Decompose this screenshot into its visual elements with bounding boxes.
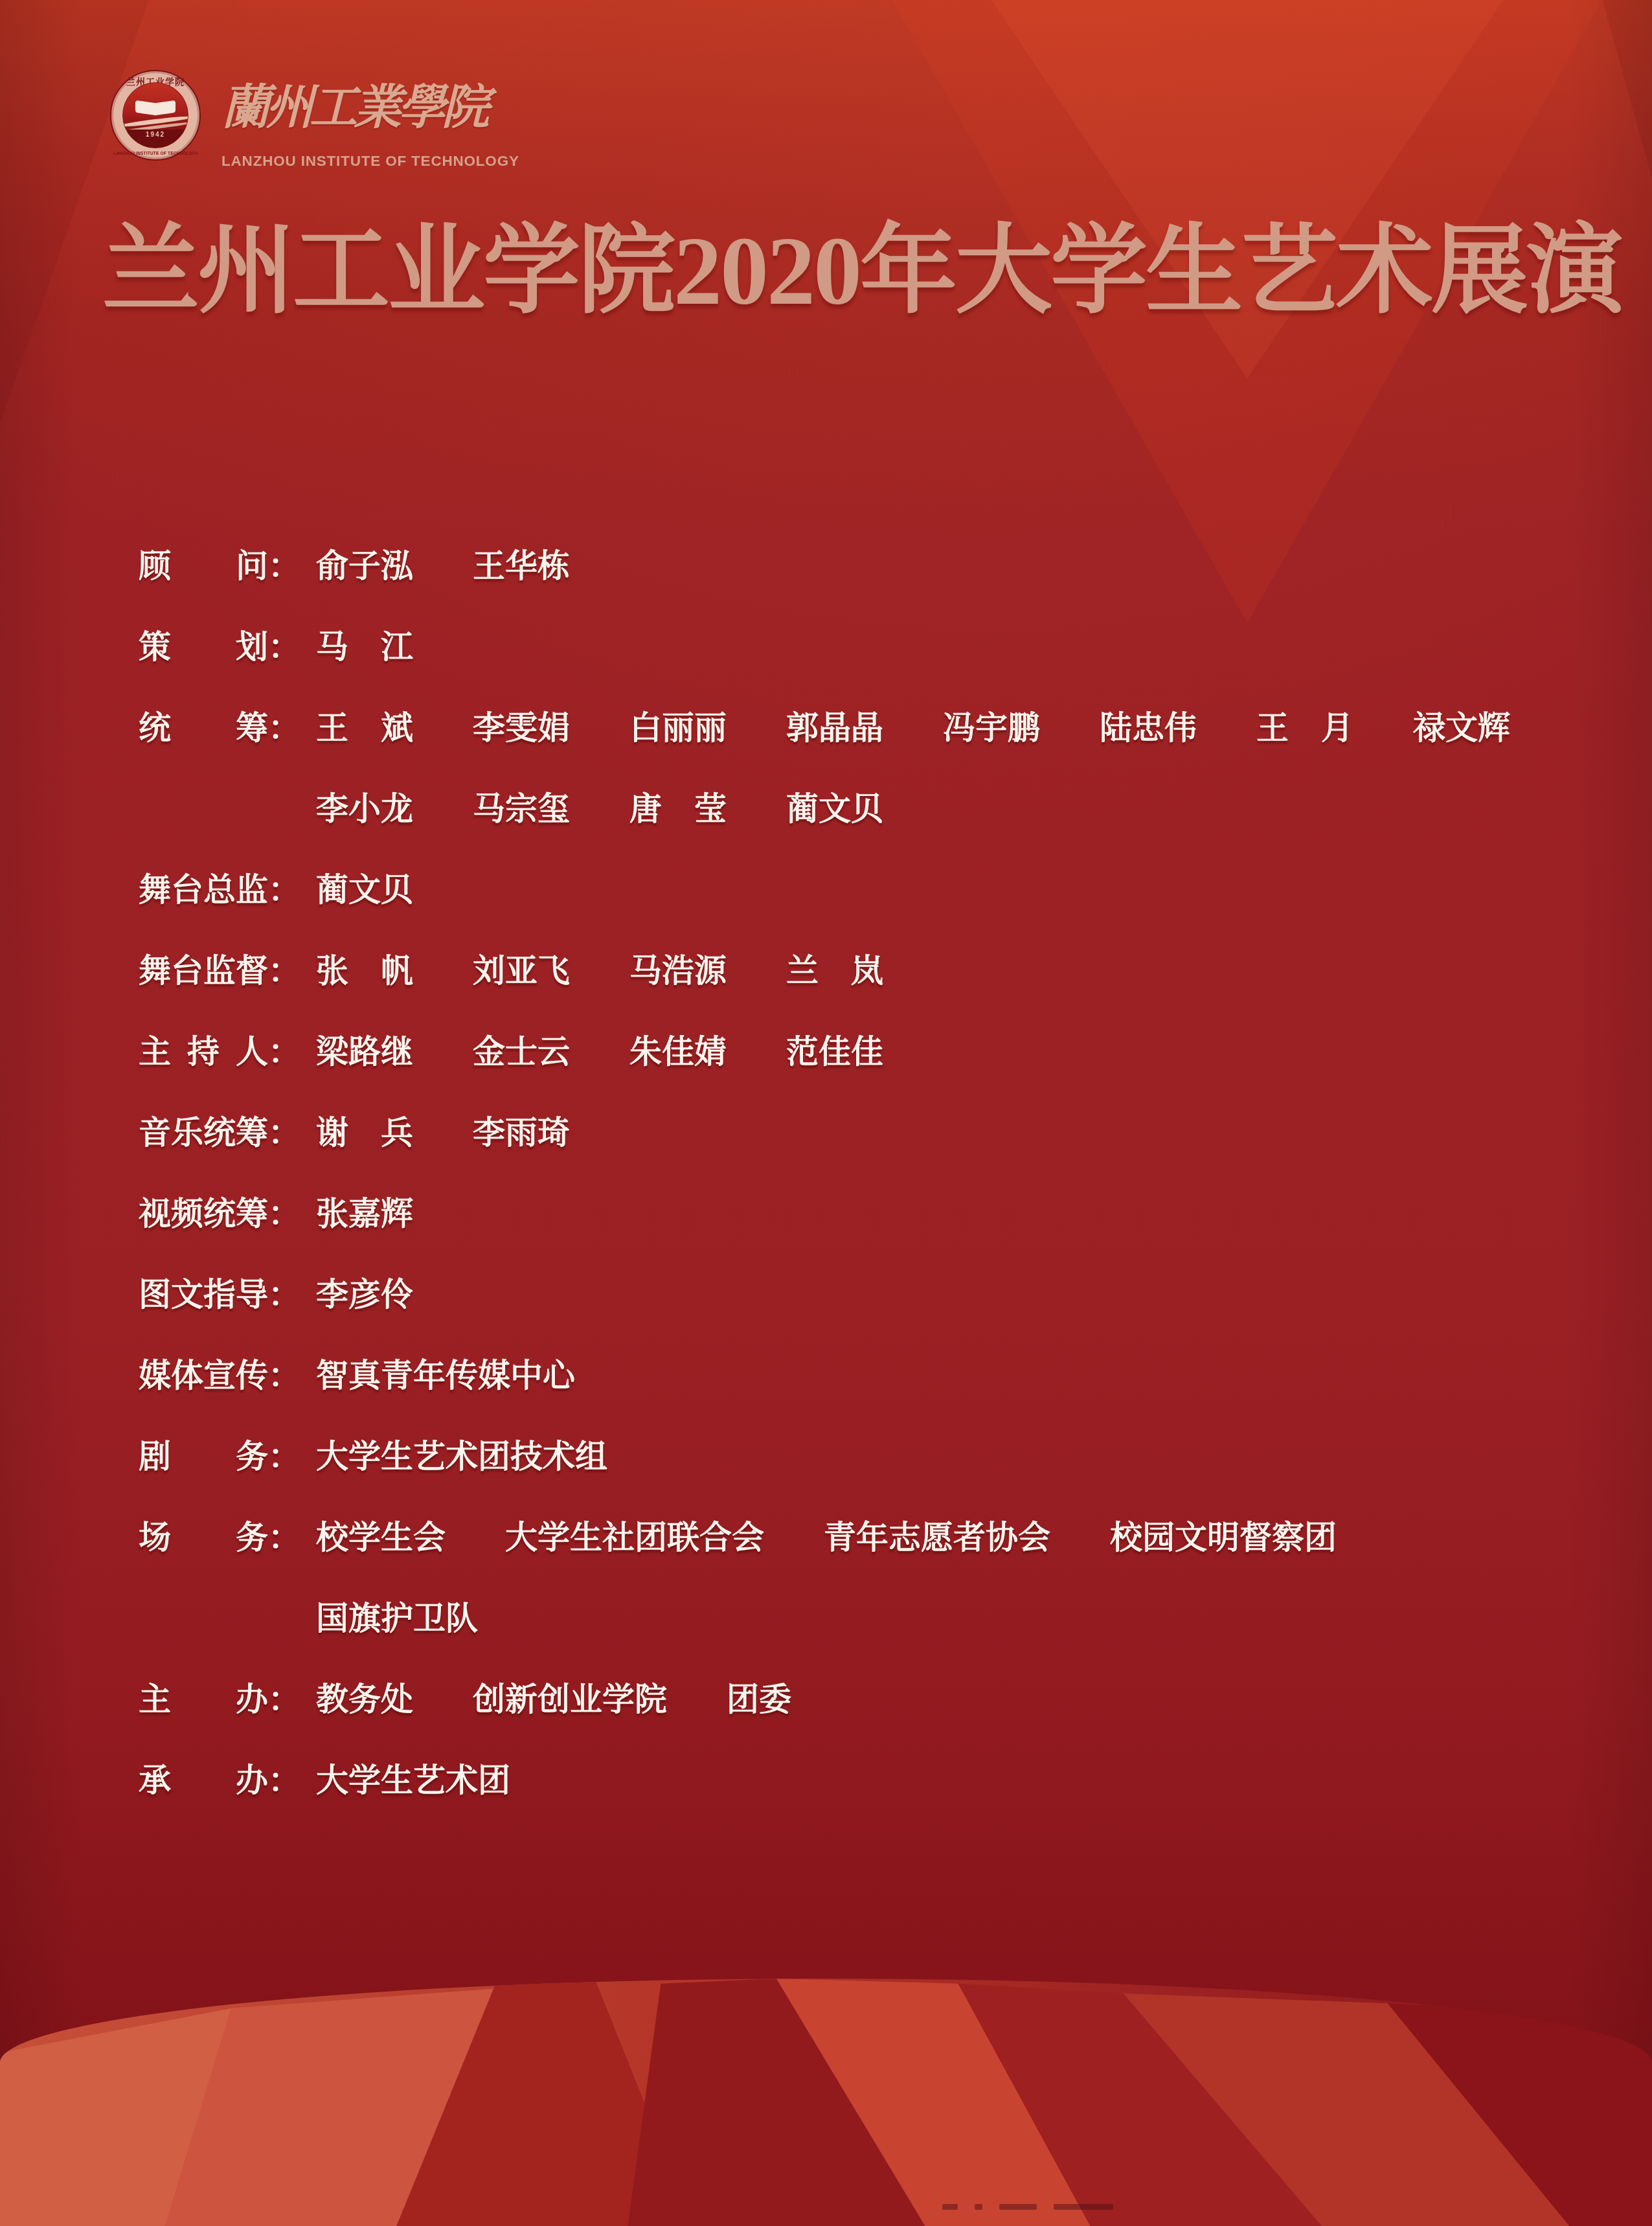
person-name: 梁路继 (316, 1033, 413, 1071)
emblem-bottom-band: 1942 (123, 130, 188, 148)
credit-row-coordination-line2: 李小龙马宗玺唐 莹蔺文贝 (139, 790, 1510, 871)
colon: ： (268, 709, 300, 747)
university-name-block: 蘭州工業學院 LANZHOU INSTITUTE OF TECHNOLOGY (221, 73, 519, 170)
credit-row-coordination: 统筹：王 斌李雯娟白丽丽郭晶晶冯宇鹏陆忠伟王 月禄文辉 (139, 709, 1510, 790)
person-name: 马浩源 (629, 952, 727, 990)
credit-label: 场务 (139, 1519, 268, 1556)
credit-label: 图文指导 (139, 1276, 268, 1313)
credit-row-media: 媒体宣传：智真青年传媒中心 (139, 1357, 1510, 1438)
org-name: 国旗护卫队 (316, 1600, 478, 1637)
person-name: 禄文辉 (1413, 709, 1510, 747)
colon: ： (268, 1519, 300, 1556)
person-name: 金士云 (473, 1033, 570, 1071)
colon: ： (268, 871, 300, 909)
person-name: 王华栋 (473, 547, 570, 585)
person-name: 王 月 (1256, 709, 1353, 747)
person-name: 李小龙 (316, 790, 413, 828)
credit-row-organizer: 主办：教务处创新创业学院团委 (139, 1681, 1510, 1762)
person-name: 范佳佳 (786, 1033, 883, 1071)
credit-label: 统筹 (139, 709, 268, 747)
emblem-ring-bottom-text: LANZHOU INSTITUTE OF TECHNOLOGY (113, 152, 198, 156)
credit-row-undertaker: 承办：大学生艺术团 (139, 1762, 1510, 1843)
credit-label: 策划 (139, 628, 268, 666)
credit-row-video: 视频统筹：张嘉辉 (139, 1195, 1510, 1276)
org-name: 校园文明督察团 (1110, 1519, 1337, 1556)
colon: ： (268, 1114, 300, 1152)
colon: ： (268, 1195, 300, 1232)
credit-row-hosts: 主持人：梁路继金士云朱佳婧范佳佳 (139, 1033, 1510, 1114)
person-name: 兰 岚 (786, 952, 883, 990)
person-name: 刘亚飞 (473, 952, 570, 990)
poster-page: { "title": "兰州工业学院2020年大学生艺术展演", "logo":… (0, 0, 1652, 2226)
colon: ： (268, 547, 300, 585)
credit-row-planning: 策划：马 江 (139, 628, 1510, 709)
poster-title: 兰州工业学院2020年大学生艺术展演 (102, 223, 1622, 320)
person-name: 蔺文贝 (786, 790, 883, 828)
colon: ： (268, 1681, 300, 1718)
person-name: 俞子泓 (316, 547, 413, 585)
person-name: 郭晶晶 (786, 709, 883, 747)
credit-label: 承办 (139, 1762, 268, 1799)
credit-row-crew: 剧务：大学生艺术团技术组 (139, 1438, 1510, 1519)
person-name: 朱佳婧 (629, 1033, 727, 1071)
credit-row-graphics: 图文指导：李彦伶 (139, 1276, 1510, 1357)
colon: ： (268, 1438, 300, 1475)
person-name: 李雨琦 (473, 1114, 570, 1152)
colon: ： (268, 1762, 300, 1799)
person-name: 马宗玺 (473, 790, 570, 828)
colon: ： (268, 628, 300, 666)
person-name: 白丽丽 (629, 709, 727, 747)
credit-label: 顾问 (139, 547, 268, 585)
university-name-calligraphy: 蘭州工業學院 (221, 73, 519, 144)
credit-label: 视频统筹 (139, 1195, 268, 1232)
credit-label: 主持人 (139, 1033, 268, 1071)
credit-row-logistics-line2: 国旗护卫队 (139, 1600, 1510, 1681)
person-name: 唐 莹 (629, 790, 727, 828)
person-name: 李雯娟 (473, 709, 570, 747)
credit-row-music: 音乐统筹：谢 兵李雨琦 (139, 1114, 1510, 1195)
faint-watermark-marks (942, 2204, 1113, 2210)
emblem-core: 1942 (122, 82, 188, 148)
colon: ： (268, 1357, 300, 1394)
credits-list: 顾问：俞子泓王华栋 策划：马 江 统筹：王 斌李雯娟白丽丽郭晶晶冯宇鹏陆忠伟王 … (139, 547, 1510, 1843)
org-name: 教务处 (316, 1681, 413, 1718)
org-name: 大学生艺术团 (316, 1762, 510, 1799)
colon: ： (268, 1033, 300, 1071)
credit-label: 剧务 (139, 1438, 268, 1475)
credit-row-logistics: 场务：校学生会大学生社团联合会青年志愿者协会校园文明督察团 (139, 1519, 1510, 1600)
person-name: 李彦伶 (316, 1276, 413, 1313)
colon: ： (268, 952, 300, 990)
person-name: 王 斌 (316, 709, 413, 747)
university-emblem: 兰州工业学院 1942 LANZHOU INSTITUTE OF TECHNOL… (110, 70, 201, 161)
credit-label: 音乐统筹 (139, 1114, 268, 1152)
credit-row-stage-director: 舞台总监：蔺文贝 (139, 871, 1510, 952)
person-name: 张嘉辉 (316, 1195, 413, 1232)
person-name: 蔺文贝 (316, 871, 413, 909)
org-name: 智真青年传媒中心 (316, 1357, 575, 1394)
person-name: 马 江 (316, 628, 413, 666)
credit-row-advisor: 顾问：俞子泓王华栋 (139, 547, 1510, 628)
org-name: 团委 (727, 1681, 791, 1718)
founding-year: 1942 (123, 131, 188, 139)
stage-dome (0, 1979, 1652, 2226)
credit-row-stage-supervisor: 舞台监督：张 帆刘亚飞马浩源兰 岚 (139, 952, 1510, 1033)
org-name: 校学生会 (316, 1519, 446, 1556)
credit-label: 主办 (139, 1681, 268, 1718)
org-name: 大学生社团联合会 (505, 1519, 764, 1556)
open-book-icon (135, 97, 175, 114)
org-name: 创新创业学院 (473, 1681, 667, 1718)
credit-label: 舞台监督 (139, 952, 268, 990)
credit-label: 媒体宣传 (139, 1357, 268, 1394)
org-name: 大学生艺术团技术组 (316, 1438, 607, 1475)
colon: ： (268, 1276, 300, 1313)
credit-label: 舞台总监 (139, 871, 268, 909)
person-name: 张 帆 (316, 952, 413, 990)
person-name: 冯宇鹏 (943, 709, 1040, 747)
university-name-latin: LANZHOU INSTITUTE OF TECHNOLOGY (221, 153, 519, 170)
org-name: 青年志愿者协会 (824, 1519, 1050, 1556)
person-name: 谢 兵 (316, 1114, 413, 1152)
person-name: 陆忠伟 (1100, 709, 1197, 747)
sparkle-glow (0, 1979, 19, 1998)
